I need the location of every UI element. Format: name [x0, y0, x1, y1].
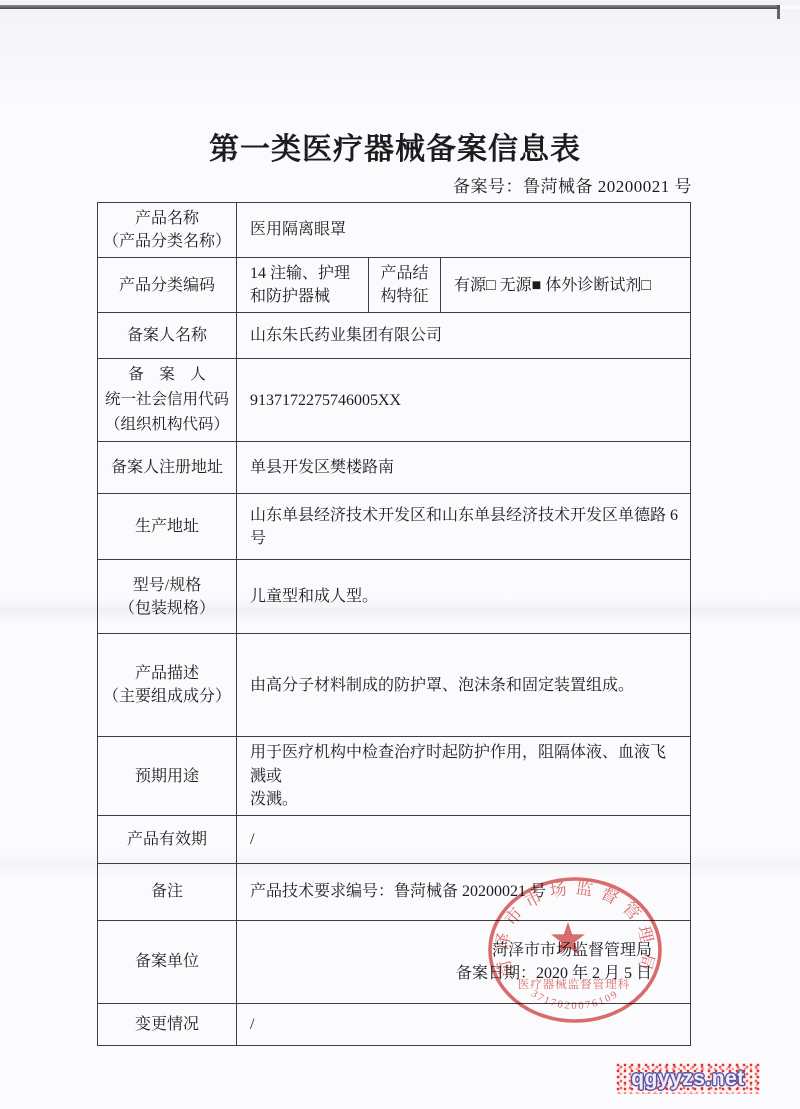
scan-shading: [0, 9, 800, 109]
label-production-address: 生产地址: [98, 494, 237, 560]
row-remarks: 备注 产品技术要求编号：鲁菏械备 20200021 号: [98, 863, 691, 920]
row-change-status: 变更情况 /: [98, 1003, 691, 1045]
row-intended-use: 预期用途 用于医疗机构中检查治疗时起防护作用，阻隔体液、血液飞溅或 泼溅。: [98, 737, 691, 816]
value-intended-use: 用于医疗机构中检查治疗时起防护作用，阻隔体液、血液飞溅或 泼溅。: [237, 737, 691, 816]
row-registrant-name: 备案人名称 山东朱氏药业集团有限公司: [98, 313, 691, 359]
row-credit-code: 备 案 人 统一社会信用代码 （组织机构代码） 9137172275746005…: [98, 359, 691, 442]
label-registered-address: 备案人注册地址: [98, 442, 237, 494]
site-watermark: qgyyzs.net: [616, 1063, 760, 1094]
label-structure-feature: 产品结 构特征: [369, 258, 441, 313]
filing-info-table: 产品名称 （产品分类名称） 医用隔离眼罩 产品分类编码 14 注输、护理 和防护…: [97, 202, 691, 1046]
value-registered-address: 单县开发区樊楼路南: [237, 442, 691, 494]
row-model-spec: 型号/规格 （包装规格） 儿童型和成人型。: [98, 560, 691, 634]
value-product-name: 医用隔离眼罩: [237, 203, 691, 258]
scan-edge-dark-line: [0, 5, 779, 9]
label-registrant-name: 备案人名称: [98, 313, 237, 359]
label-credit-code: 备 案 人 统一社会信用代码 （组织机构代码）: [98, 359, 237, 442]
label-validity-period: 产品有效期: [98, 815, 237, 863]
page-title: 第一类医疗器械备案信息表: [0, 124, 790, 168]
value-classification-code: 14 注输、护理 和防护器械: [237, 258, 369, 313]
row-validity-period: 产品有效期 /: [98, 815, 691, 863]
label-intended-use: 预期用途: [98, 737, 237, 816]
scanned-document-page: 第一类医疗器械备案信息表 备案号：鲁菏械备 20200021 号 产品名称 （产…: [0, 0, 800, 1109]
label-product-description: 产品描述 （主要组成成分）: [98, 634, 237, 737]
scan-edge-corner: [777, 5, 780, 19]
value-product-description: 由高分子材料制成的防护罩、泡沫条和固定装置组成。: [237, 634, 691, 737]
row-registered-address: 备案人注册地址 单县开发区樊楼路南: [98, 442, 691, 494]
value-filing-authority: 菏泽市市场监督管理局 备案日期：2020 年 2 月 5 日: [237, 920, 691, 1003]
label-model-spec: 型号/规格 （包装规格）: [98, 560, 237, 634]
value-registrant-name: 山东朱氏药业集团有限公司: [237, 313, 691, 359]
row-filing-authority: 备案单位 菏泽市市场监督管理局 备案日期：2020 年 2 月 5 日: [98, 920, 691, 1003]
value-remarks: 产品技术要求编号：鲁菏械备 20200021 号: [237, 863, 691, 920]
value-credit-code: 9137172275746005XX: [237, 359, 691, 442]
row-product-name: 产品名称 （产品分类名称） 医用隔离眼罩: [98, 203, 691, 258]
label-product-name: 产品名称 （产品分类名称）: [98, 203, 237, 258]
label-filing-authority: 备案单位: [98, 920, 237, 1003]
row-classification-code: 产品分类编码 14 注输、护理 和防护器械 产品结 构特征 有源□ 无源■ 体外…: [98, 258, 691, 313]
value-production-address: 山东单县经济技术开发区和山东单县经济技术开发区单德路 6 号: [237, 494, 691, 560]
label-remarks: 备注: [98, 863, 237, 920]
value-structure-feature: 有源□ 无源■ 体外诊断试剂□: [441, 258, 691, 313]
label-classification-code: 产品分类编码: [98, 258, 237, 313]
label-change-status: 变更情况: [98, 1003, 237, 1045]
row-product-description: 产品描述 （主要组成成分） 由高分子材料制成的防护罩、泡沫条和固定装置组成。: [98, 634, 691, 737]
row-production-address: 生产地址 山东单县经济技术开发区和山东单县经济技术开发区单德路 6 号: [98, 494, 691, 560]
watermark-text: qgyyzs.net: [631, 1067, 745, 1091]
filing-number: 备案号：鲁菏械备 20200021 号: [453, 172, 692, 197]
value-change-status: /: [237, 1003, 691, 1045]
value-validity-period: /: [237, 815, 691, 863]
value-model-spec: 儿童型和成人型。: [237, 560, 691, 634]
